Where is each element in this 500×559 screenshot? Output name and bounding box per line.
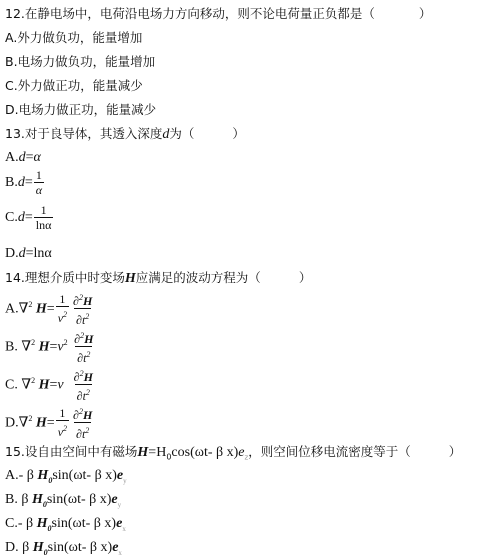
nabla-symbol: ∇ — [19, 302, 29, 317]
field-h: H — [83, 408, 92, 422]
option-label: A. — [5, 302, 19, 317]
superscript: 2 — [31, 338, 35, 347]
option-label: A. — [5, 30, 17, 45]
field-h: H — [84, 370, 93, 384]
question-12-option-b: B.电场力做负功，能量增加 — [5, 54, 155, 70]
question-12-option-c: C.外力做正功，能量减少 — [5, 78, 143, 94]
equals: = — [25, 175, 33, 190]
field-h: H — [36, 416, 47, 431]
field-h: H — [36, 302, 47, 317]
subscript: x — [118, 549, 122, 557]
option-label: B. — [5, 492, 18, 507]
numerator: 1 — [34, 169, 44, 182]
sign-beta: - β — [18, 516, 37, 531]
question-14-option-b: B. ∇2 H=v2 ∂2H∂t2 — [5, 328, 96, 365]
superscript: 2 — [85, 312, 89, 321]
superscript: 2 — [86, 350, 90, 359]
partial-t: ∂t — [76, 313, 85, 327]
option-label: A. — [5, 468, 19, 483]
fraction-derivative: ∂2H∂t2 — [72, 367, 95, 403]
question-13-stem: 13.对于良导体，其透入深度d为（） — [5, 126, 245, 143]
superscript: 2 — [28, 414, 32, 423]
question-15-option-d: D. β H0sin(ωt- β x)ex — [5, 540, 122, 559]
option-text: 外力做正功，能量减少 — [18, 78, 143, 93]
option-label: A. — [5, 150, 19, 165]
question-number: 14. — [5, 270, 25, 285]
numerator: ∂2H — [72, 367, 95, 384]
close-paren: ） — [449, 444, 462, 459]
sign-beta: - β — [19, 468, 38, 483]
question-15-option-a: A.- β H0sin(ωt- β x)ey — [5, 468, 127, 489]
fraction: 1α — [34, 169, 44, 197]
fraction: 1lnα — [34, 204, 54, 232]
function-expr: sin(ωt- β x) — [52, 468, 117, 483]
nabla-symbol: ∇ — [21, 340, 31, 355]
amplitude-h: H — [32, 492, 43, 507]
superscript: 2 — [28, 300, 32, 309]
amplitude-h: H — [33, 540, 44, 555]
field-h: H — [84, 332, 93, 346]
coefficient-v: v — [57, 378, 63, 393]
numerator: ∂2H — [71, 405, 94, 422]
denominator: v2 — [56, 420, 69, 439]
sign-beta: β — [19, 540, 33, 555]
superscript: 2 — [31, 376, 35, 385]
equals: = — [25, 210, 33, 225]
option-label: D. — [5, 416, 19, 431]
question-number: 12. — [5, 6, 25, 21]
denominator: ∂t2 — [75, 384, 92, 403]
denominator: ∂t2 — [74, 308, 91, 327]
equals-h: =H — [148, 445, 166, 460]
rhs: α — [34, 150, 41, 165]
function-expr: sin(ωt- β x) — [48, 540, 113, 555]
question-number: 13. — [5, 126, 25, 141]
option-text: 电场力做正功，能量减少 — [19, 102, 157, 117]
question-12-stem: 12.在静电场中，电荷沿电场力方向移动，则不论电荷量正负都是（） — [5, 6, 431, 22]
subscript: x — [122, 525, 126, 533]
option-label: D. — [5, 102, 19, 117]
option-label: C. — [5, 78, 18, 93]
question-13-option-a: A.d=α — [5, 150, 41, 166]
numerator: ∂2H — [72, 329, 95, 346]
question-13-option-d: D.d=lnα — [5, 246, 52, 262]
option-text: 电场力做负功，能量增加 — [18, 54, 156, 69]
partial-t: ∂t — [77, 389, 86, 403]
option-label: B. — [5, 54, 18, 69]
function-expr: sin(ωt- β x) — [47, 492, 112, 507]
option-label: D. — [5, 246, 19, 261]
superscript: 2 — [64, 338, 68, 347]
superscript: 2 — [63, 310, 67, 319]
question-text: 设自由空间中有磁场 — [25, 444, 138, 459]
question-13-option-b: B.d=1α — [5, 168, 45, 198]
equals: = — [47, 302, 55, 317]
numerator: 1 — [57, 407, 67, 420]
denominator: ∂t2 — [75, 346, 92, 365]
fraction-derivative: ∂2H∂t2 — [72, 329, 95, 365]
variable-h: H — [125, 271, 136, 286]
numerator: 1 — [57, 293, 67, 306]
subscript: y — [123, 477, 127, 485]
question-text: 应满足的波动方程为（ — [136, 270, 261, 285]
option-label: C. — [5, 378, 18, 393]
numerator: ∂2H — [71, 291, 94, 308]
equals: = — [26, 246, 34, 261]
field-h: H — [137, 445, 148, 460]
question-text: 理想介质中时变场 — [25, 270, 125, 285]
sign-beta: β — [18, 492, 32, 507]
superscript: 2 — [85, 426, 89, 435]
partial-t: ∂t — [76, 427, 85, 441]
question-12-option-d: D.电场力做正功，能量减少 — [5, 102, 156, 118]
denominator: ∂t2 — [74, 422, 91, 441]
question-text: ，则空间位移电流密度等于（ — [248, 444, 411, 459]
fraction-derivative: ∂2H∂t2 — [71, 291, 94, 327]
function-expr: sin(ωt- β x) — [52, 516, 117, 531]
question-13-option-c: C.d=1lnα — [5, 203, 54, 233]
amplitude-h: H — [37, 516, 48, 531]
function-expr: cos(ωt- β x) — [171, 445, 238, 460]
field-h: H — [83, 294, 92, 308]
question-15-stem: 15.设自由空间中有磁场H=H0cos(ωt- β x)ez，则空间位移电流密度… — [5, 444, 461, 466]
question-12-option-a: A.外力做负功，能量增加 — [5, 30, 142, 46]
question-15-option-b: B. β H0sin(ωt- β x)ey — [5, 492, 121, 513]
question-15-option-c: C.- β H0sin(ωt- β x)ex — [5, 516, 126, 537]
field-h: H — [39, 378, 50, 393]
question-14-option-c: C. ∇2 H=v ∂2H∂t2 — [5, 366, 96, 403]
denominator: α — [34, 182, 44, 197]
question-text: 对于良导体，其透入深度 — [25, 126, 163, 141]
denominator: lnα — [34, 217, 54, 232]
question-14-option-d: D.∇2 H=1v2∂2H∂t2 — [5, 404, 95, 441]
denominator: v2 — [56, 306, 69, 325]
close-paren: ） — [232, 126, 245, 141]
field-h: H — [39, 340, 50, 355]
equals: = — [26, 150, 34, 165]
variable-d: d — [19, 150, 26, 165]
subscript: y — [118, 501, 122, 509]
superscript: 2 — [63, 424, 67, 433]
question-text: 在静电场中，电荷沿电场力方向移动，则不论电荷量正负都是（ — [25, 6, 375, 21]
close-paren: ） — [419, 6, 432, 21]
superscript: 2 — [86, 388, 90, 397]
option-label: B. — [5, 175, 18, 190]
option-text: 外力做负功，能量增加 — [17, 30, 142, 45]
nabla-symbol: ∇ — [21, 378, 31, 393]
option-label: B. — [5, 340, 18, 355]
option-label: C. — [5, 210, 18, 225]
option-label: C. — [5, 516, 18, 531]
rhs: lnα — [34, 246, 52, 261]
question-14-stem: 14.理想介质中时变场H应满足的波动方程为（） — [5, 270, 311, 287]
variable-d: d — [18, 210, 25, 225]
close-paren: ） — [299, 270, 312, 285]
question-number: 15. — [5, 444, 25, 459]
nabla-symbol: ∇ — [19, 416, 29, 431]
question-text: 为（ — [169, 126, 194, 141]
option-label: D. — [5, 540, 19, 555]
question-14-option-a: A.∇2 H=1v2∂2H∂t2 — [5, 290, 95, 327]
equals: = — [47, 416, 55, 431]
variable-d: d — [19, 246, 26, 261]
amplitude-h: H — [37, 468, 48, 483]
variable-d: d — [18, 175, 25, 190]
fraction-derivative: ∂2H∂t2 — [71, 405, 94, 441]
fraction-coef: 1v2 — [56, 293, 69, 325]
fraction-coef: 1v2 — [56, 407, 69, 439]
numerator: 1 — [39, 204, 49, 217]
